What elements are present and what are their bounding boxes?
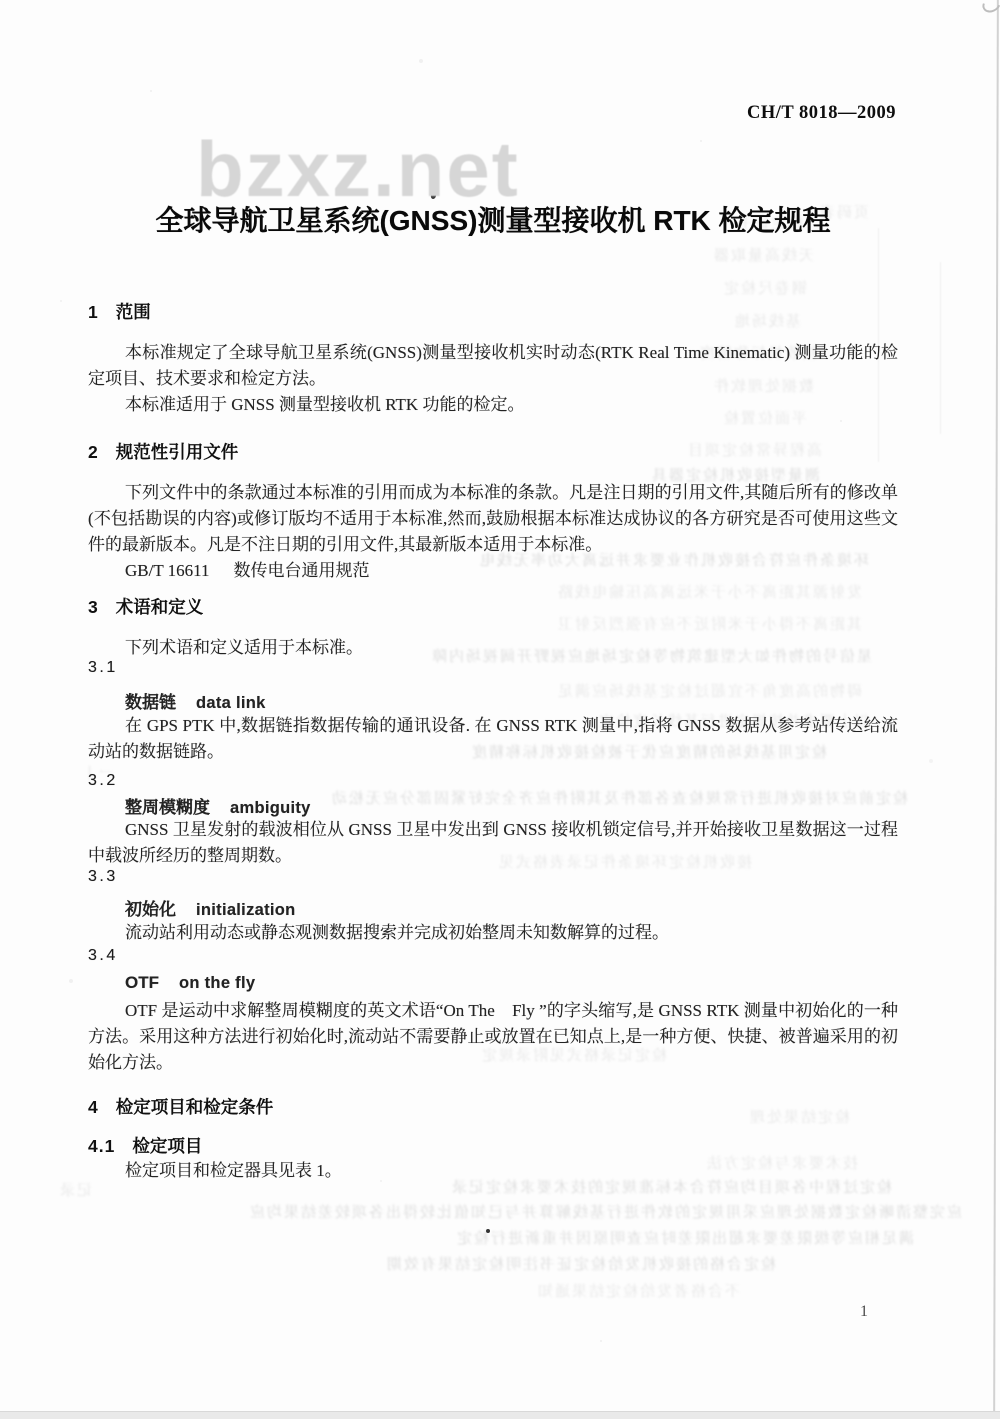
section-label: 术语和定义 — [116, 594, 204, 619]
term-definition: 流动站利用动态或静态观测数据搜索并完成初始整周未知数解算的过程。 — [88, 920, 898, 946]
term-zh: 整周模糊度 — [125, 793, 210, 818]
bleed-line: 不合格者发给检定结果通知 — [536, 1284, 740, 1301]
bleed-line: 检定结果处理 — [748, 1110, 850, 1127]
normative-reference: GB/T 16611数传电台通用规范 — [125, 559, 370, 583]
term-zh: 数据链 — [125, 688, 176, 713]
term-en: initialization — [196, 901, 296, 920]
bleed-line: 满足相应等级限差要求超出限差时应查明原因并重新进行检定 — [455, 1231, 914, 1248]
document-title: 全球导航卫星系统(GNSS)测量型接收机 RTK 检定规程 — [88, 199, 898, 239]
page-number: 1 — [860, 1303, 868, 1321]
section-number: 2 — [88, 442, 99, 463]
section-number: 4.1 — [88, 1136, 115, 1157]
section-label: 检定项目 — [132, 1133, 202, 1158]
term-definition: 在 GPS PTK 中,数据链指数据传输的通讯设备. 在 GNSS RTK 测量… — [88, 713, 898, 765]
section-2-heading: 2 规范性引用文件 — [88, 439, 238, 464]
section-label: 规范性引用文件 — [116, 439, 239, 464]
section-1-heading: 1 范围 — [88, 299, 151, 324]
section-number: 1 — [88, 302, 99, 323]
section-label: 检定项目和检定条件 — [116, 1094, 274, 1119]
term-en: on the fly — [179, 974, 255, 993]
bleed-table-rule — [940, 262, 941, 434]
paper-edge-line — [993, 0, 999, 1419]
scan-speckle-noise — [150, 90, 152, 92]
bleed-line: 基线场地 — [733, 314, 801, 331]
bleed-line: 检定合格的接收机发给检定证书注明检定结果有效期 — [385, 1257, 776, 1274]
section-4-heading: 4 检定项目和检定条件 — [88, 1094, 273, 1119]
section-number: 4 — [88, 1097, 99, 1118]
term-number: 3.1 — [88, 659, 118, 677]
term-zh: OTF — [125, 973, 159, 993]
standard-code: CH/T 8018—2009 — [88, 103, 896, 124]
term-name: 初始化 initialization — [125, 895, 296, 920]
term-name: 整周模糊度 ambiguity — [125, 793, 311, 818]
term-number: 3.3 — [88, 868, 118, 886]
paragraph: 本标准规定了全球导航卫星系统(GNSS)测量型接收机实时动态(RTK Real … — [88, 340, 898, 392]
bleed-line: 高程异常检定项目 — [686, 443, 822, 460]
term-name: OTF on the fly — [125, 973, 255, 993]
bleed-line: 发射源其距离不小于米远离高压输电线路 — [556, 585, 862, 602]
paragraph: 下列文件中的条款通过本标准的引用而成为本标准的条款。凡是注日期的引用文件,其随后… — [88, 480, 898, 558]
section-3-heading: 3 术语和定义 — [88, 594, 203, 619]
paragraph: 下列术语和定义适用于本标准。 — [88, 635, 898, 661]
term-en: ambiguity — [230, 799, 311, 818]
reference-code: GB/T 16611 — [125, 561, 210, 580]
term-definition: OTF 是运动中求解整周模糊度的英文术语“On The Fly ”的字头缩写,是… — [88, 998, 898, 1076]
paragraph: 检定项目和检定器具见表 1。 — [88, 1158, 898, 1184]
section-number: 3 — [88, 597, 99, 618]
reference-title: 数传电台通用规范 — [234, 561, 370, 580]
bleed-line: 检定前应对接收机进行常规检查各部件及其附件应齐全完好紧固部分应无松动 — [330, 791, 908, 808]
scanner-bottom-band — [0, 1411, 1000, 1419]
term-zh: 初始化 — [125, 895, 176, 920]
bleed-line: 应完整清晰检定数据处理应采用规定的软件进行基线解算并与已知值比较得出各项较差结果… — [248, 1205, 962, 1222]
section-4-1-heading: 4.1 检定项目 — [88, 1133, 202, 1158]
bleed-line: 其距离不得小于米附近不应有强烈反射卫 — [556, 617, 862, 634]
bleed-line: 记录 — [58, 1183, 92, 1200]
scanned-document-page: 检定证书 天线高量取器 钢卷尺检定 基线场地 接收机标称精度 数据处理软件 平面… — [0, 0, 1000, 1419]
paragraph: 本标准适用于 GNSS 测量型接收机 RTK 功能的检定。 — [88, 392, 898, 418]
section-label: 范围 — [116, 299, 151, 324]
term-name: 数据链 data link — [125, 688, 266, 713]
bleed-line: 天线高量取器 — [712, 248, 814, 265]
term-en: data link — [196, 694, 266, 713]
term-definition: GNSS 卫星发射的载波相位从 GNSS 卫星中发出到 GNSS 接收机锁定信号… — [88, 817, 898, 869]
term-number: 3.2 — [88, 772, 118, 790]
bleed-line: 碍物的高度角不宜超过检定基线场应满足 — [556, 684, 862, 701]
term-number: 3.4 — [88, 947, 118, 965]
bleed-line: 钢卷尺检定 — [722, 281, 807, 298]
